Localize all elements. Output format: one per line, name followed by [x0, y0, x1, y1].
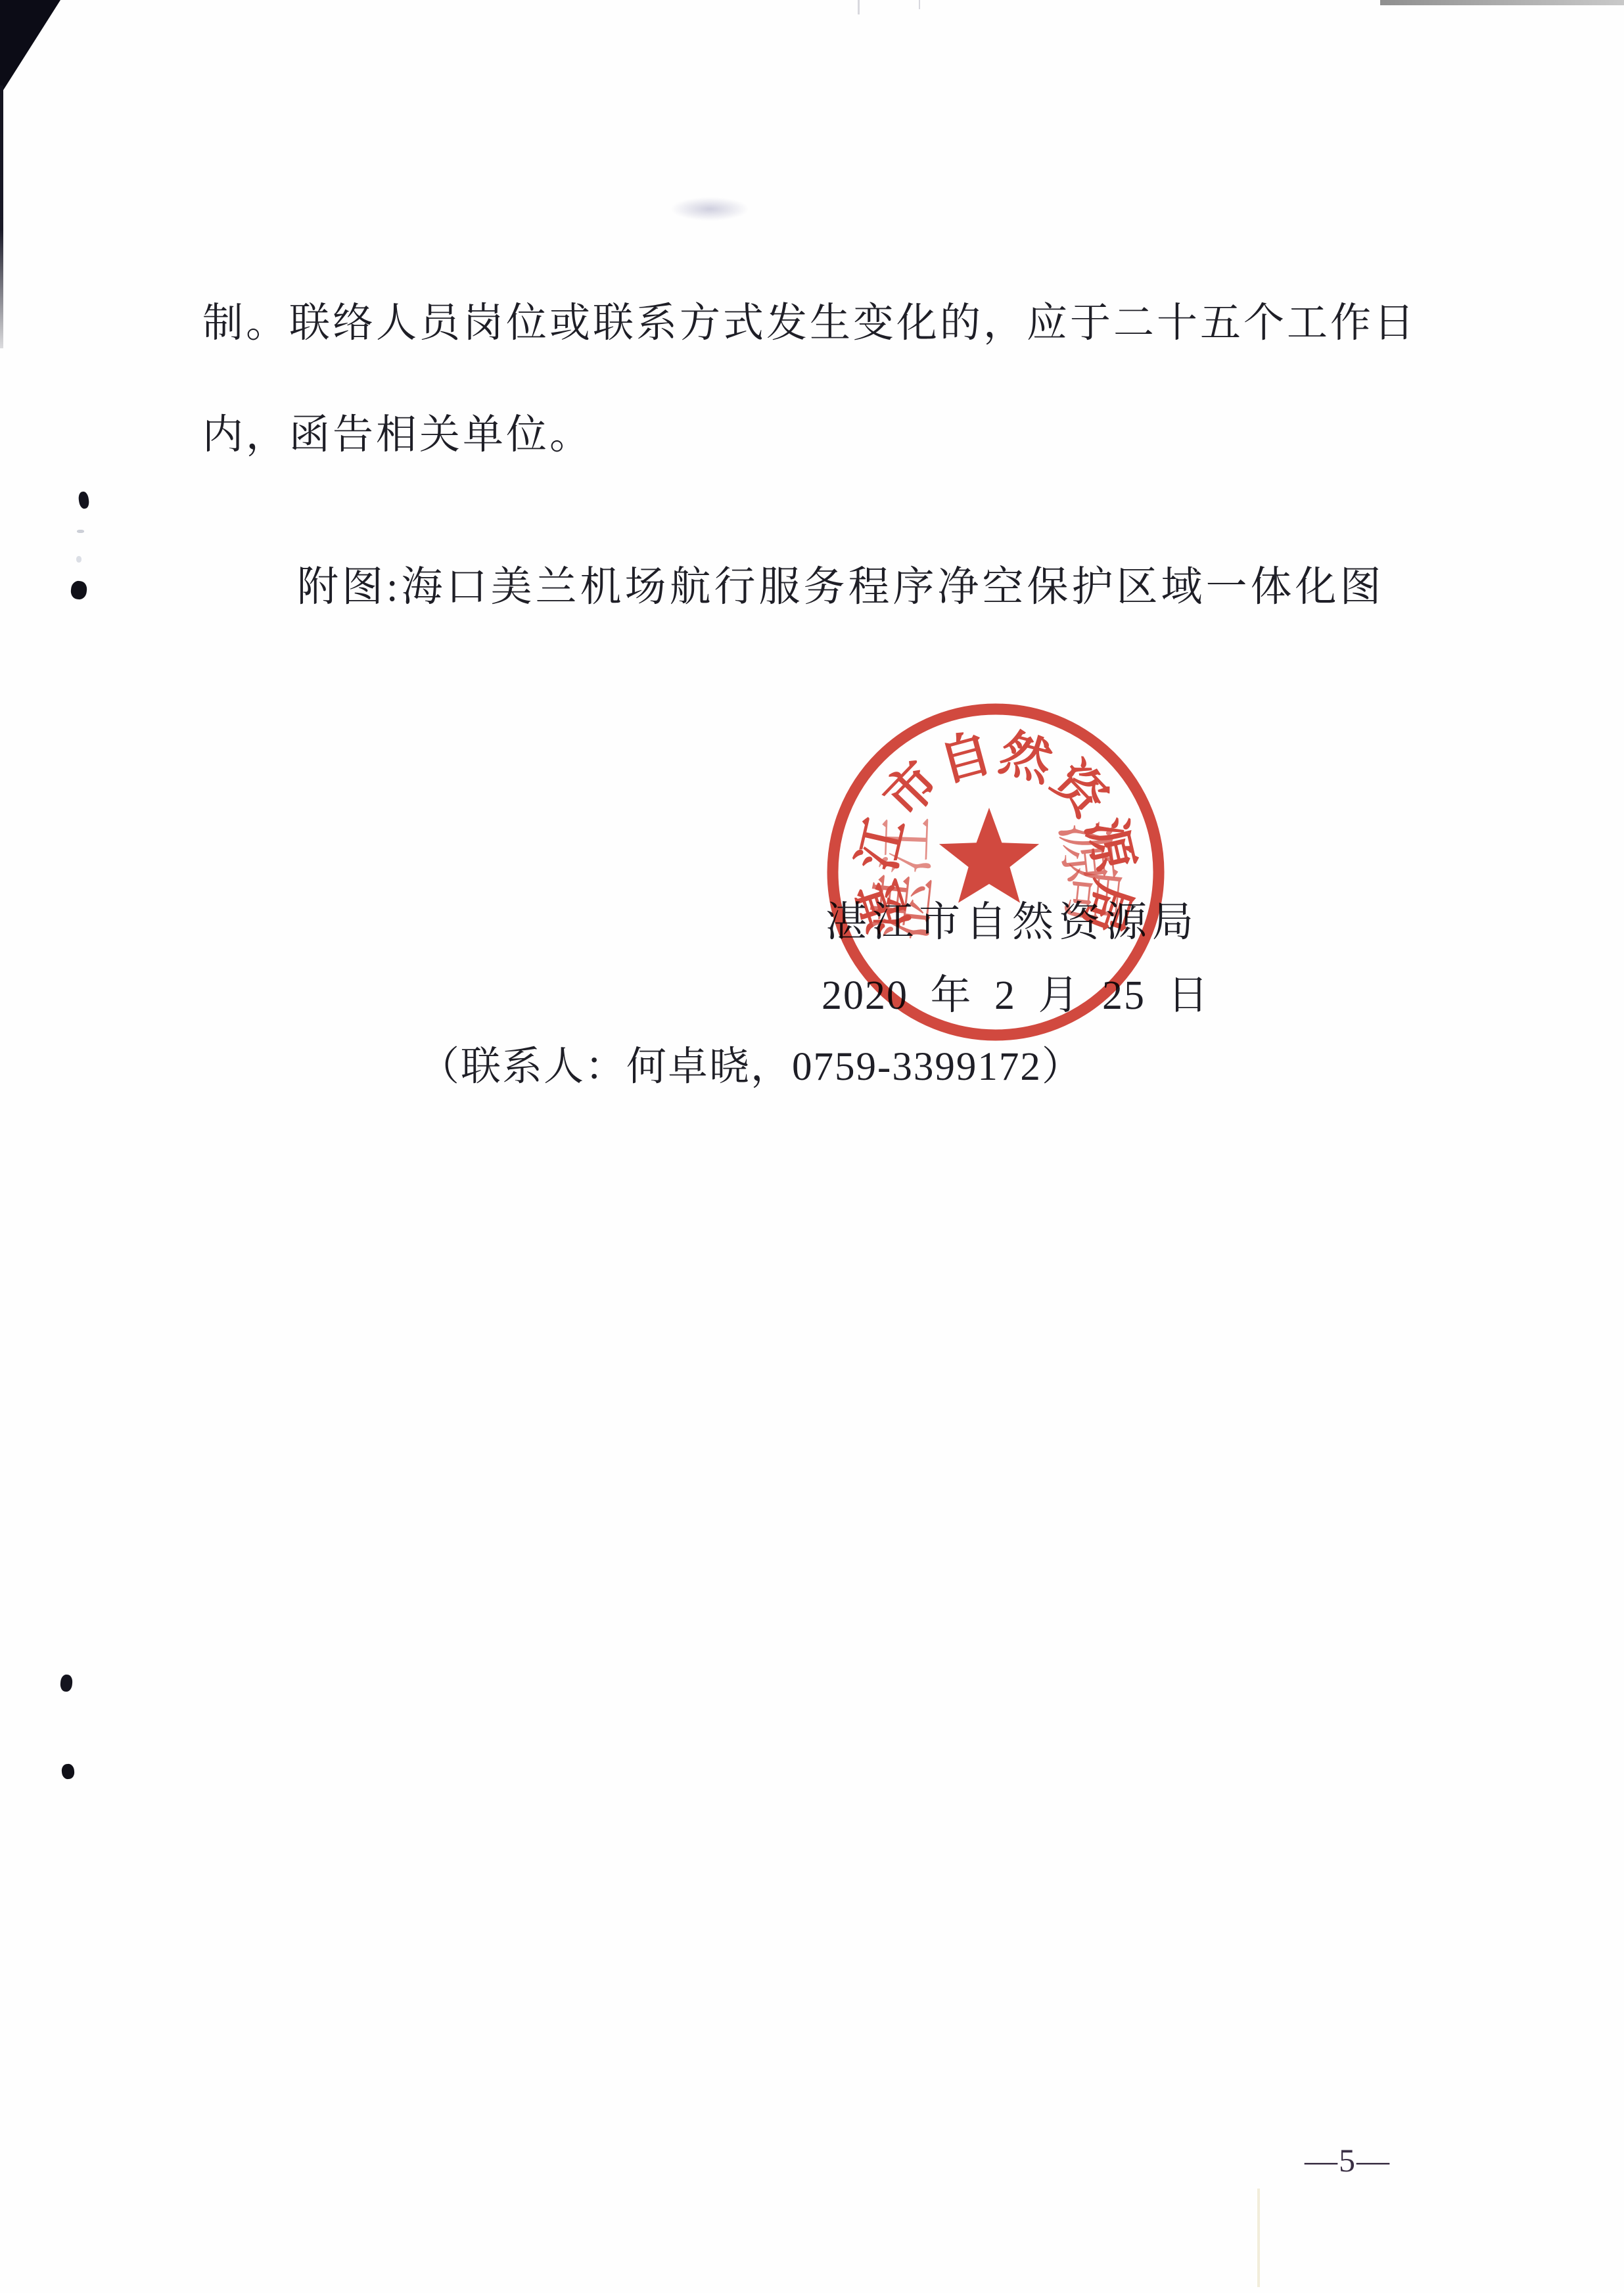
scan-artifact-left-streak: [0, 85, 3, 348]
scan-artifact-speck: [60, 1674, 73, 1692]
body-paragraph-line-1: 制。联络人员岗位或联系方式发生变化的，应于二十五个工作日: [202, 297, 1417, 350]
seal-ghost-char: 江: [875, 816, 941, 875]
seal-ring-text-char: 自: [933, 724, 998, 792]
page-number: —5—: [1305, 2141, 1391, 2179]
official-seal: 湛 江 市 自 然 资 源 局 湛 江 源 局: [805, 680, 1186, 1061]
scan-artifact-speck: [78, 491, 89, 509]
scan-artifact-scratch: [858, 0, 860, 14]
scan-artifact-speck: [70, 580, 88, 600]
scan-artifact-speck: [61, 1763, 75, 1780]
seal-ring-text-char: 资: [1042, 751, 1119, 829]
scan-artifact-top-band: [1380, 0, 1624, 5]
scan-artifact-speck: [76, 556, 81, 563]
scanned-document-page: 制。联络人员岗位或联系方式发生变化的，应于二十五个工作日 内，函告相关单位。 附…: [0, 0, 1624, 2293]
scan-artifact-scratch: [919, 0, 920, 9]
seal-star-icon: [939, 808, 1039, 903]
seal-ghost-char: 湛: [864, 871, 944, 945]
body-paragraph-line-2: 内，函告相关单位。: [202, 409, 593, 461]
seal-ghost-char: 局: [1054, 860, 1128, 929]
scan-artifact-fold-line: [1257, 2189, 1260, 2287]
scan-artifact-speck: [77, 530, 84, 533]
attachment-note: 附图:海口美兰机场航行服务程序净空保护区域一体化图: [297, 553, 1385, 613]
seal-ring-text-char: 然: [994, 724, 1059, 792]
scan-artifact-corner-wedge: [0, 0, 60, 95]
scan-artifact-smudge: [670, 197, 749, 221]
